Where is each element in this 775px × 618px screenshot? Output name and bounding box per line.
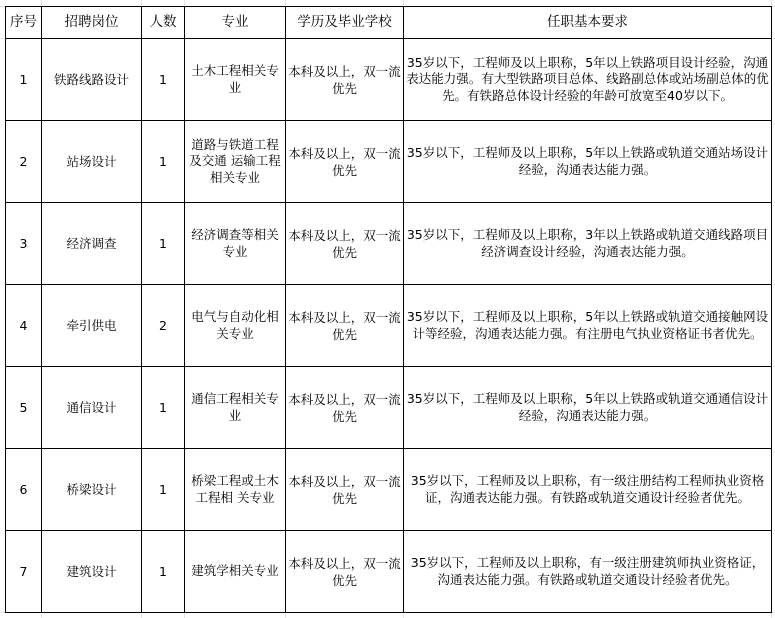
cell-position: 通信设计 [42,367,142,449]
cell-position: 铁路线路设计 [42,39,142,121]
cell-education: 本科及以上，双一流优先 [286,531,404,613]
cell-index: 2 [6,121,42,203]
cell-index: 3 [6,203,42,285]
cell-index: 7 [6,531,42,613]
cell-index: 1 [6,39,42,121]
cell-position: 站场设计 [42,121,142,203]
cell-major: 电气与自动化相关专业 [185,285,286,367]
table-row: 5 通信设计 1 通信工程相关专业 本科及以上，双一流优先 35岁以下，工程师及… [6,367,772,449]
cell-count: 1 [142,531,185,613]
cell-count: 1 [142,121,185,203]
table-row: 3 经济调查 1 经济调查等相关专业 本科及以上，双一流优先 35岁以下，工程师… [6,203,772,285]
cell-education: 本科及以上，双一流优先 [286,367,404,449]
cell-requirements: 35岁以下，工程师及以上职称，5年以上铁路或轨道交通通信设计经验，沟通表达能力强… [404,367,772,449]
cell-requirements: 35岁以下，工程师及以上职称，5年以上铁路或轨道交通站场设计经验，沟通表达能力强… [404,121,772,203]
cell-major: 通信工程相关专业 [185,367,286,449]
header-requirements: 任职基本要求 [404,7,772,39]
cell-major: 建筑学相关专业 [185,531,286,613]
cell-count: 1 [142,449,185,531]
cell-index: 6 [6,449,42,531]
table-row: 2 站场设计 1 道路与铁道工程及交通 运输工程相关专业 本科及以上，双一流优先… [6,121,772,203]
cell-count: 1 [142,39,185,121]
header-position: 招聘岗位 [42,7,142,39]
cell-count: 1 [142,367,185,449]
header-row: 序号 招聘岗位 人数 专业 学历及毕业学校 任职基本要求 [6,7,772,39]
cell-education: 本科及以上，双一流优先 [286,203,404,285]
cell-position: 经济调查 [42,203,142,285]
cell-major: 桥梁工程或土木工程相 关专业 [185,449,286,531]
cell-requirements: 35岁以下，工程师及以上职称，有一级注册结构工程师执业资格证，沟通表达能力强。有… [404,449,772,531]
cell-education: 本科及以上，双一流优先 [286,285,404,367]
cell-position: 牵引供电 [42,285,142,367]
cell-major: 土木工程相关专业 [185,39,286,121]
cell-requirements: 35岁以下，工程师及以上职称，5年以上铁路或轨道交通接触网设计等经验，沟通表达能… [404,285,772,367]
header-index: 序号 [6,7,42,39]
table-row: 6 桥梁设计 1 桥梁工程或土木工程相 关专业 本科及以上，双一流优先 35岁以… [6,449,772,531]
cell-education: 本科及以上，双一流优先 [286,39,404,121]
table-row: 7 建筑设计 1 建筑学相关专业 本科及以上，双一流优先 35岁以下，工程师及以… [6,531,772,613]
cell-requirements: 35岁以下，工程师及以上职称，3年以上铁路或轨道交通线路项目经济调查设计经验，沟… [404,203,772,285]
header-education: 学历及毕业学校 [286,7,404,39]
cell-position: 桥梁设计 [42,449,142,531]
cell-major: 经济调查等相关专业 [185,203,286,285]
table-row: 4 牵引供电 2 电气与自动化相关专业 本科及以上，双一流优先 35岁以下，工程… [6,285,772,367]
cell-count: 2 [142,285,185,367]
recruitment-table: 序号 招聘岗位 人数 专业 学历及毕业学校 任职基本要求 1 铁路线路设计 1 … [5,6,772,613]
cell-education: 本科及以上，双一流优先 [286,121,404,203]
cell-position: 建筑设计 [42,531,142,613]
cell-count: 1 [142,203,185,285]
cell-index: 4 [6,285,42,367]
cell-education: 本科及以上，双一流优先 [286,449,404,531]
table-row: 1 铁路线路设计 1 土木工程相关专业 本科及以上，双一流优先 35岁以下，工程… [6,39,772,121]
cell-requirements: 35岁以下，工程师及以上职称，5年以上铁路项目设计经验，沟通表达能力强。有大型铁… [404,39,772,121]
header-major: 专业 [185,7,286,39]
cell-index: 5 [6,367,42,449]
cell-major: 道路与铁道工程及交通 运输工程相关专业 [185,121,286,203]
cell-requirements: 35岁以下，工程师及以上职称，有一级注册建筑师执业资格证，沟通表达能力强。有铁路… [404,531,772,613]
header-count: 人数 [142,7,185,39]
